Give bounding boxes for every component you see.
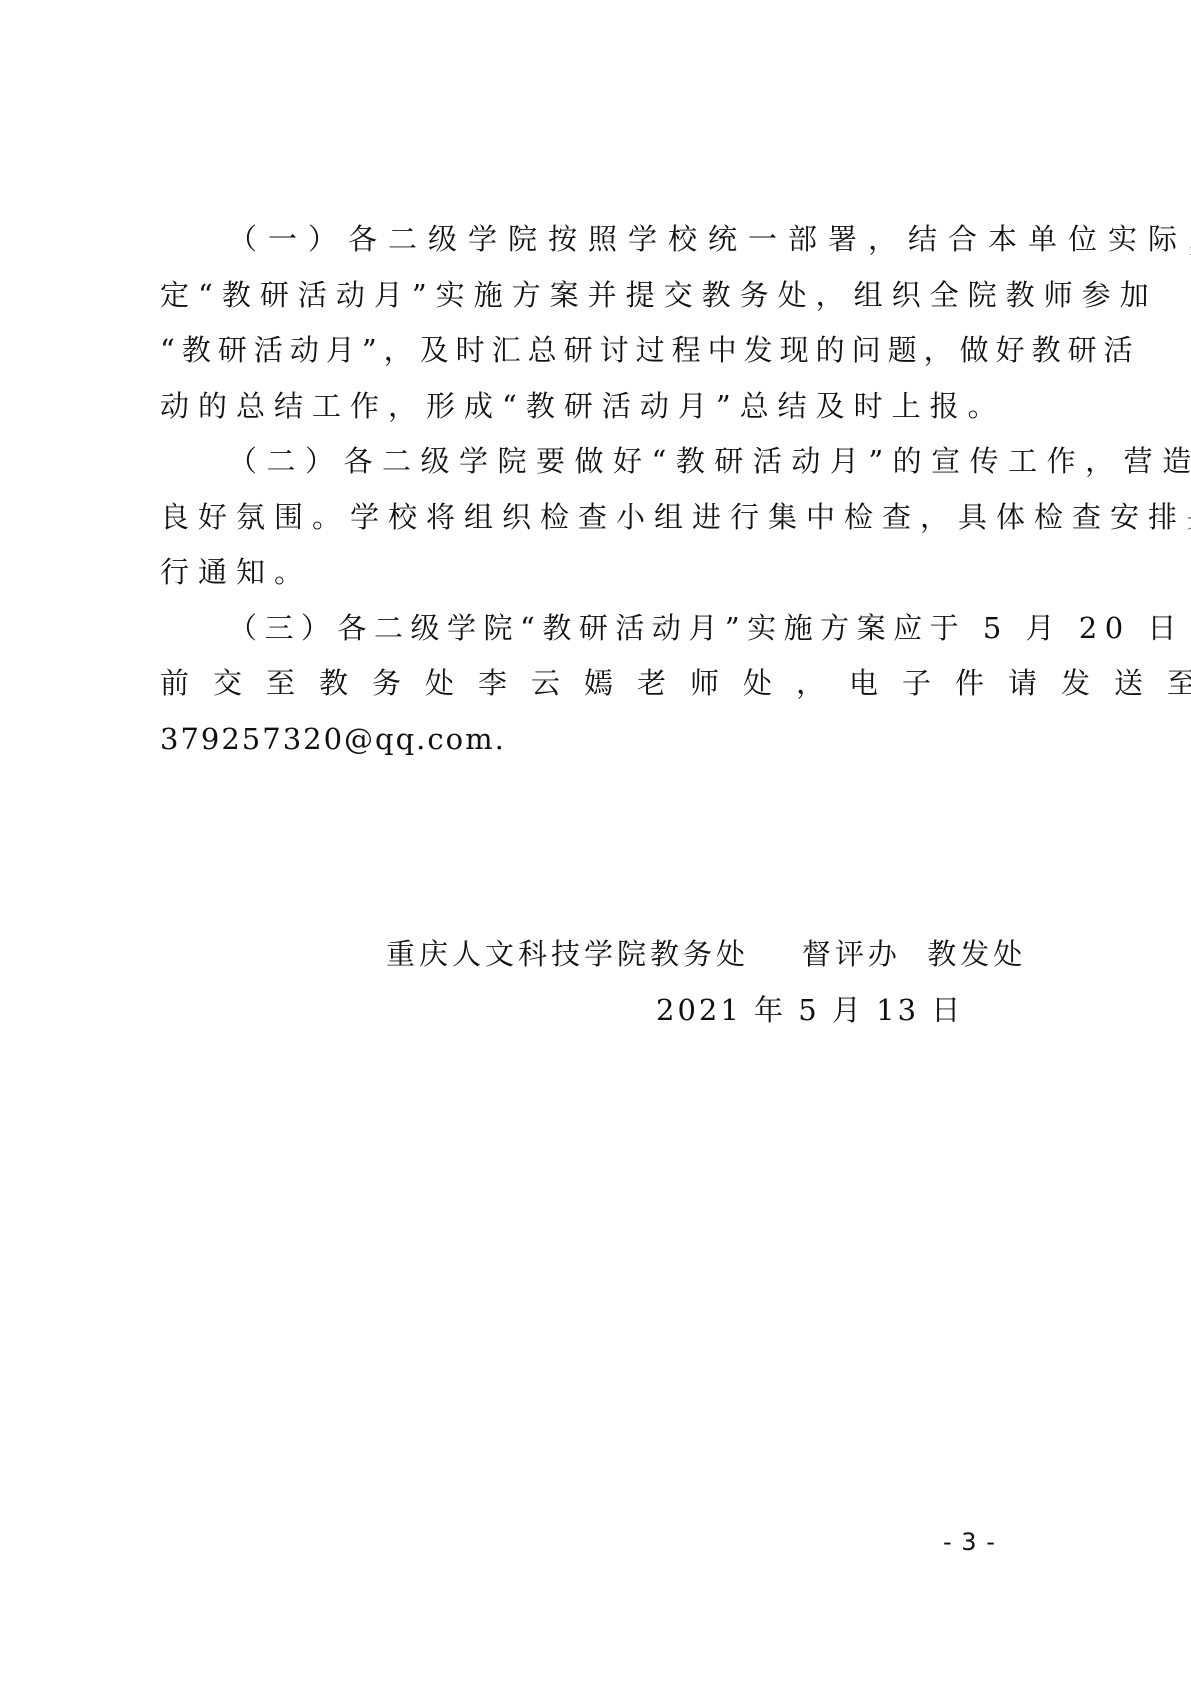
signature-date: 2021 年 5 月 13 日 — [656, 988, 963, 1029]
document-body: （一）各二级学院按照学校统一部署，结合本单位实际，制 定“教研活动月”实施方案并… — [160, 212, 1040, 767]
signature-departments: 重庆人文科技学院教务处 督评办 教发处 — [386, 932, 1026, 973]
page-number: - 3 - — [943, 1528, 996, 1556]
paragraph-line: 定“教研活动月”实施方案并提交教务处，组织全院教师参加 — [160, 268, 1040, 324]
paragraph-line: （三）各二级学院“教研活动月”实施方案应于 5 月 20 日 — [160, 601, 1040, 657]
paragraph-line: 良好氛围。学校将组织检查小组进行集中检查，具体检查安排另 — [160, 490, 1040, 546]
paragraph-1: （一）各二级学院按照学校统一部署，结合本单位实际，制 定“教研活动月”实施方案并… — [160, 212, 1040, 434]
paragraph-line: 前交至教务处李云嫣老师处，电子件请发送至 — [160, 656, 1040, 712]
paragraph-line: 动的总结工作，形成“教研活动月”总结及时上报。 — [160, 379, 1040, 435]
paragraph-3: （三）各二级学院“教研活动月”实施方案应于 5 月 20 日 前交至教务处李云嫣… — [160, 601, 1040, 768]
paragraph-line: “教研活动月”，及时汇总研讨过程中发现的问题，做好教研活 — [160, 323, 1040, 379]
document-page: （一）各二级学院按照学校统一部署，结合本单位实际，制 定“教研活动月”实施方案并… — [0, 0, 1191, 1684]
paragraph-line: 行通知。 — [160, 545, 1040, 601]
email-address: 379257320@qq.com. — [160, 712, 1040, 768]
paragraph-line: （二）各二级学院要做好“教研活动月”的宣传工作，营造 — [160, 434, 1040, 490]
paragraph-2: （二）各二级学院要做好“教研活动月”的宣传工作，营造 良好氛围。学校将组织检查小… — [160, 434, 1040, 601]
paragraph-line: （一）各二级学院按照学校统一部署，结合本单位实际，制 — [160, 212, 1040, 268]
